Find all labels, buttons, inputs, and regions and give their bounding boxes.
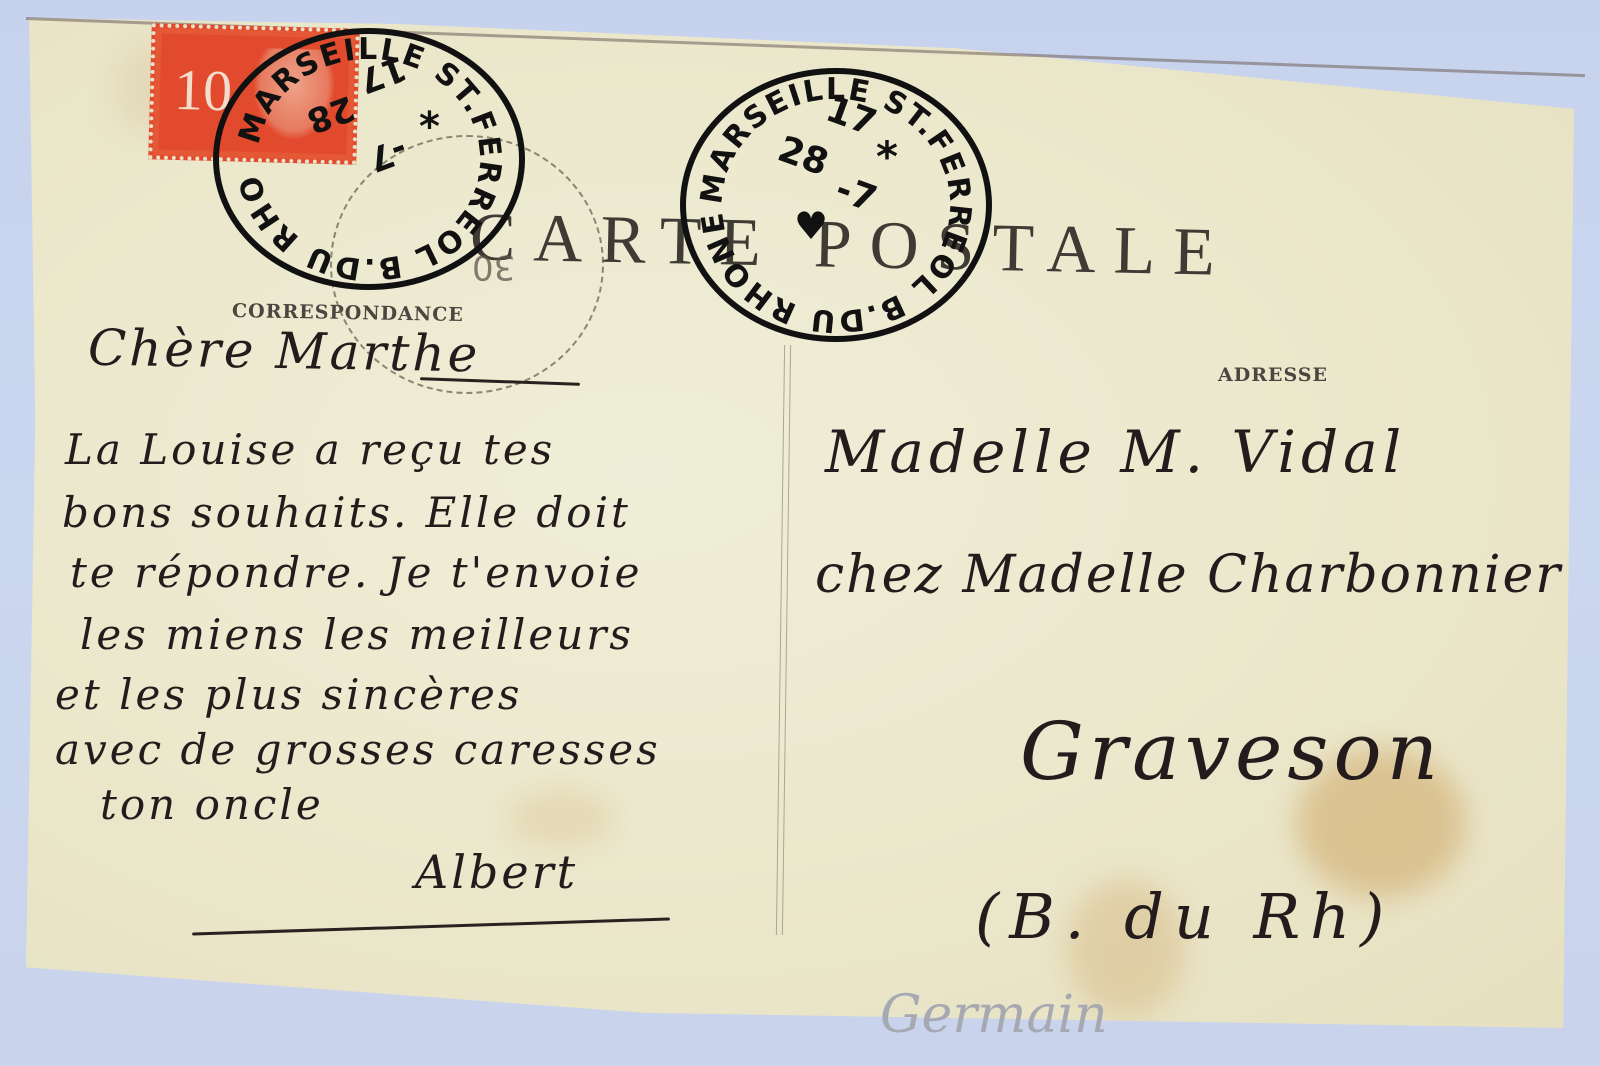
message-line: te répondre. Je t'envoie [70,548,642,597]
message-signature: Albert [415,845,578,899]
message-line: bons souhaits. Elle doit [62,488,631,537]
address-line: chez Madelle Charbonnier [815,545,1562,605]
postmark-left: MARSEILLE ST.FERREOL B.DU RHONE 17 * 28 … [213,28,525,290]
address-line: Graveson [1020,705,1443,798]
message-salutation: Chère Marthe [88,319,481,384]
postmark-left-star-icon: * [419,104,440,150]
message-line: avec de grosses caresses [55,725,661,774]
pencil-annotation: Germain [880,985,1108,1045]
foxing-stain [506,788,616,848]
message-line: La Louise a reçu tes [65,425,555,474]
message-line: les miens les meilleurs [80,610,634,659]
postmark-right-star-icon: * [876,132,898,181]
adresse-label: ADRESSE [1218,364,1328,386]
message-line: et les plus sincères [55,670,522,719]
message-line: ton oncle [100,780,324,829]
postmark-right-heart-icon: ♥ [794,204,828,248]
postmark-right: MARSEILLE ST.FERREOL B.DU RHONE 17 * 28 … [680,68,992,342]
address-line: (B. du Rh) [975,880,1394,953]
address-line: Madelle M. Vidal [825,418,1406,486]
